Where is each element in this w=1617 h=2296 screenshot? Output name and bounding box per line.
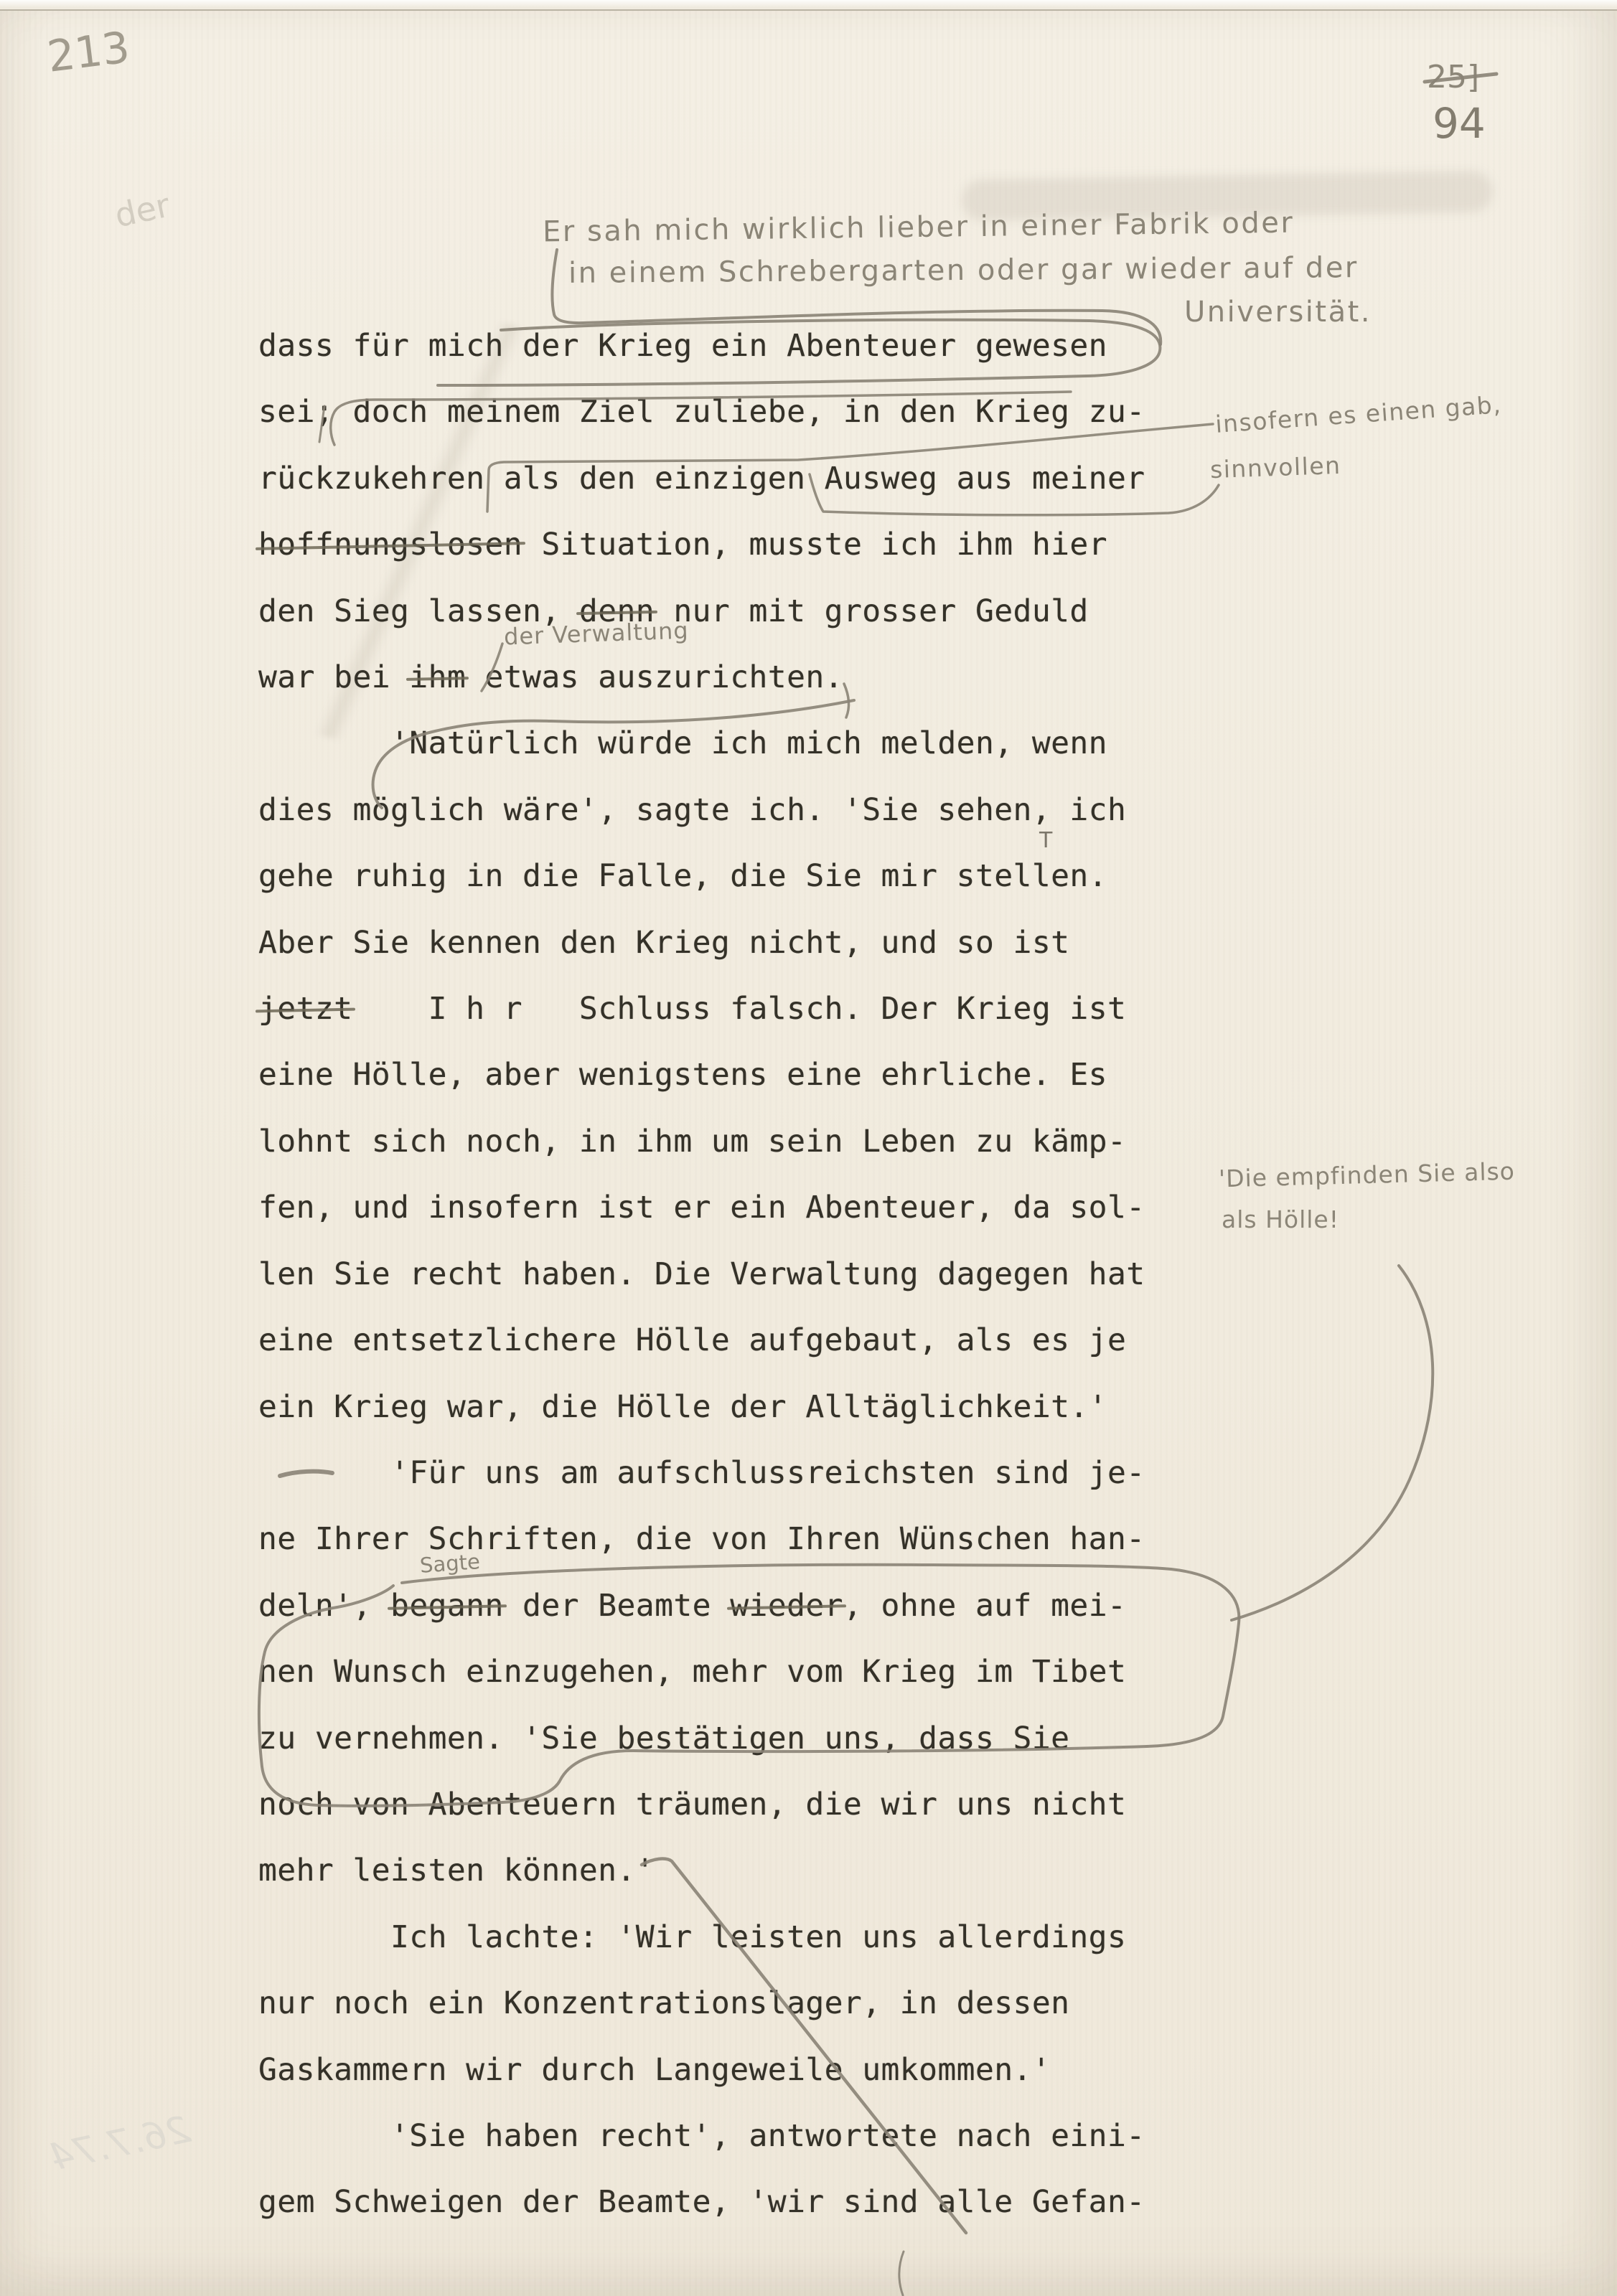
pencil-annotations (0, 0, 1617, 2296)
manuscript-page: 213 25] 94 der Er sah mich wirklich lieb… (0, 0, 1617, 2296)
pencil-diagonal-deletion (642, 1859, 966, 2233)
pencil-semicolon-slash (319, 406, 324, 442)
pencil-bracket-als-margin-line (487, 424, 1213, 512)
pencil-strike-25 (1425, 74, 1496, 82)
pencil-insertion-bracket (552, 250, 1161, 344)
pencil-caret-ausweg-sinnvollen-line (810, 474, 1219, 515)
pencil-bottom-mark (899, 2252, 904, 2295)
pencil-loop-line1 (438, 320, 1160, 385)
pencil-underline-hook-sei (331, 392, 1071, 445)
pencil-swoosh-hoelle-note (1232, 1266, 1433, 1620)
pencil-verwaltung-insert-slash (482, 644, 502, 691)
pencil-swoosh-natuerlich (373, 700, 854, 808)
pencil-loop-begann-passage (259, 1565, 1239, 1806)
pencil-dash-fuer (280, 1472, 332, 1476)
